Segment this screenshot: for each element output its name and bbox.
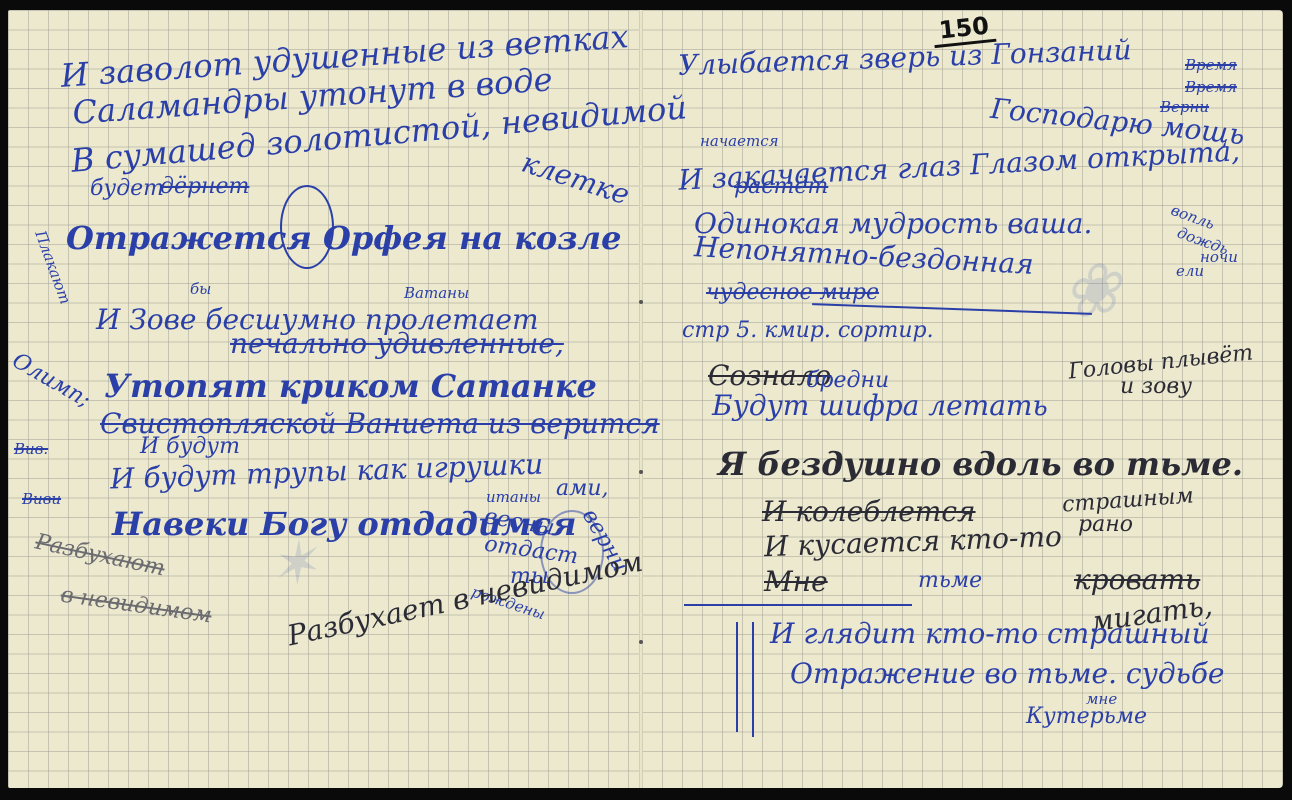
insertion-note: растёт — [734, 176, 828, 198]
pencil-line: Я бездушно вдоль во тьме. — [718, 448, 1243, 480]
insertion-note: тьме — [918, 570, 982, 592]
manuscript-line: И глядит кто-то страшный — [770, 620, 1210, 648]
underline-stroke — [684, 604, 912, 606]
insertion-note: ами, — [556, 478, 609, 500]
pencil-line: И колеблется — [762, 498, 976, 526]
manuscript-line: И будут — [140, 436, 240, 458]
insertion-note: бы — [190, 282, 211, 297]
margin-note: Виви — [22, 492, 61, 507]
manuscript-line: Утопят криком Сатанке — [104, 370, 597, 402]
side-note: ночи — [1200, 250, 1238, 265]
side-note: Кутерьме — [1026, 706, 1147, 728]
pencil-note: и зову — [1120, 376, 1192, 398]
insertion-note: начается — [700, 134, 779, 149]
manuscript-line: стр 5. кмир. сортир. — [682, 320, 934, 342]
pencil-line: Мне — [764, 568, 828, 596]
pencil-note: кровать — [1074, 566, 1200, 594]
manuscript-line: Отражется Орфея на козле — [66, 222, 621, 254]
manuscript-line: Отражение во тьме. судьбе — [790, 660, 1224, 688]
insertion-note: Ватаны — [404, 286, 469, 301]
struck-word: Время — [1185, 58, 1237, 73]
margin-bar — [736, 622, 738, 732]
manuscript-line: будет — [90, 178, 164, 200]
manuscript-line: чудесное мире — [706, 282, 879, 304]
pencil-note: рано — [1078, 514, 1133, 536]
manuscript-line: Будут шифра летать — [712, 392, 1048, 420]
struck-word: дёрнет — [160, 176, 249, 198]
side-note: ели — [1176, 264, 1204, 279]
staple-hole — [639, 300, 643, 304]
struck-word: Время — [1185, 80, 1237, 95]
manuscript-line: печально удивленные, — [230, 330, 564, 358]
margin-note: Вив. — [14, 442, 48, 457]
staple-hole — [639, 640, 643, 644]
bleed-through-sketch: ❀ — [1054, 245, 1128, 337]
margin-bar — [752, 622, 754, 737]
staple-hole — [639, 470, 643, 474]
side-note: итаны — [486, 490, 541, 505]
